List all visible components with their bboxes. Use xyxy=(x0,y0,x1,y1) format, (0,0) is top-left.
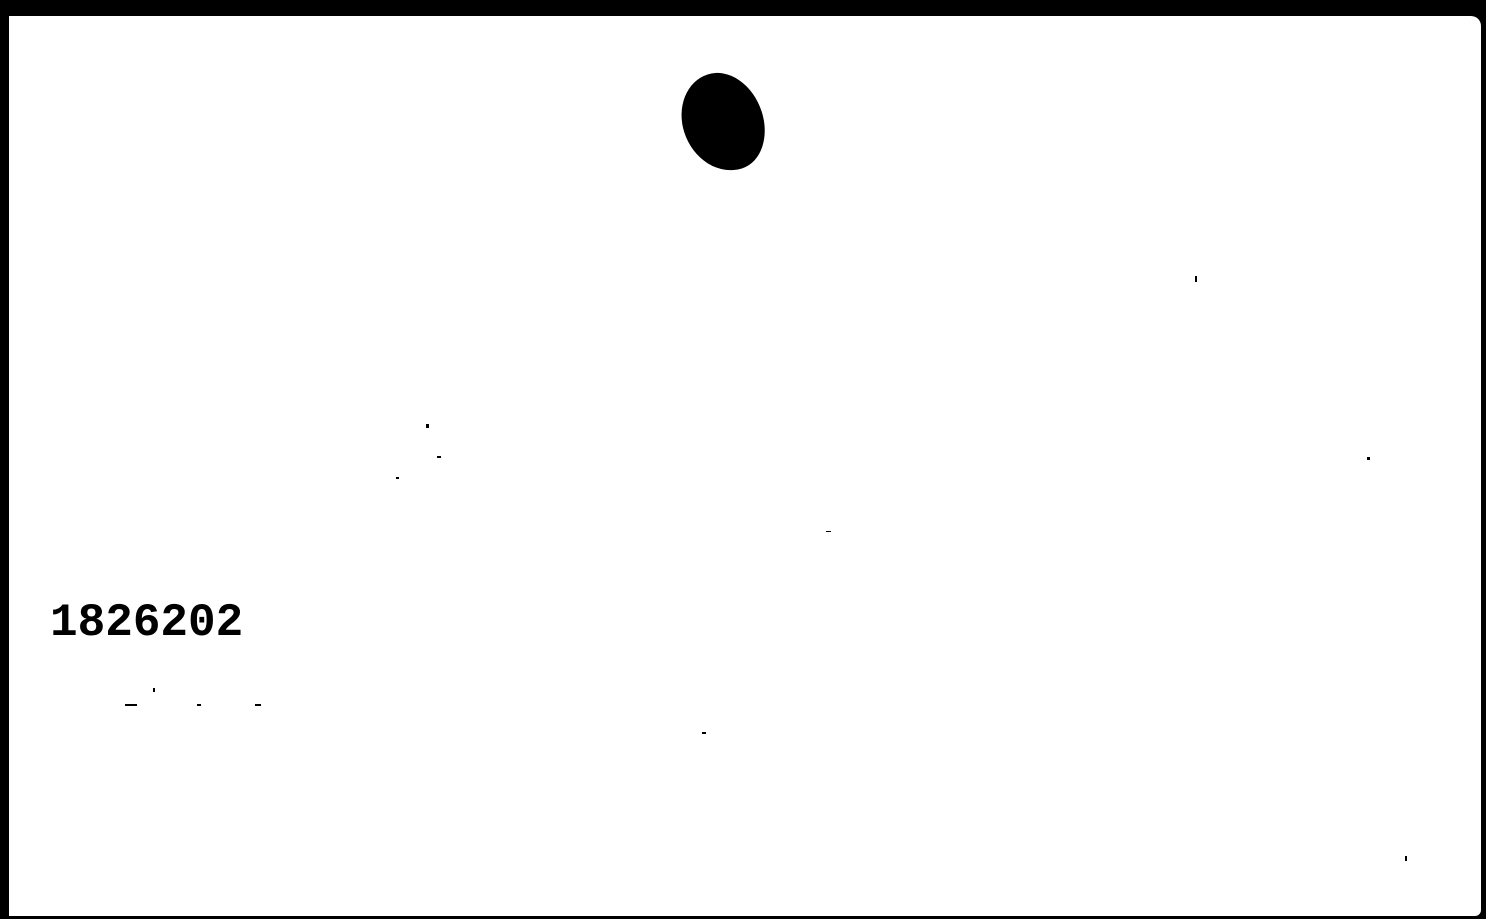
scan-speck xyxy=(826,531,831,532)
scan-speck xyxy=(1405,856,1407,861)
scan-speck xyxy=(702,732,706,734)
scan-speck xyxy=(396,477,399,479)
scan-speck xyxy=(1367,457,1370,460)
scan-speck xyxy=(255,704,261,706)
scan-speck xyxy=(153,688,155,692)
scan-speck xyxy=(426,424,429,428)
scan-speck xyxy=(197,704,201,706)
scan-speck xyxy=(437,456,441,458)
catalog-number: 1826202 xyxy=(50,600,243,646)
scan-speck xyxy=(125,704,137,706)
scan-speck xyxy=(1195,276,1197,282)
